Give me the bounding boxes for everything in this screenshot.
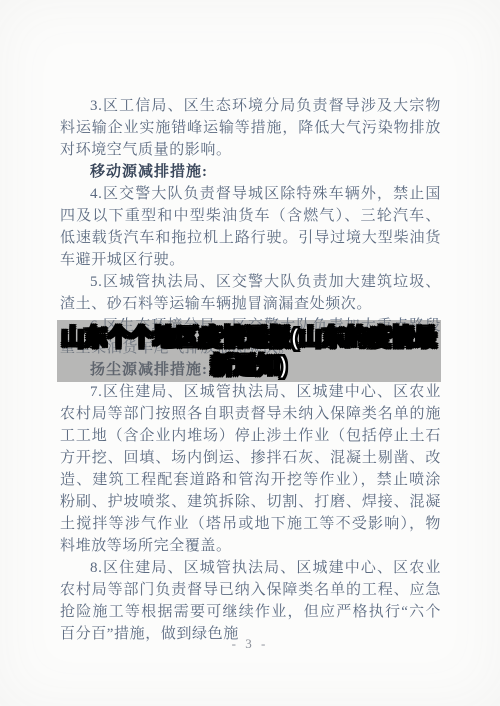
paragraph-item-8: 8.区住建局、区城管执法局、区城建中心、区农业农村局等部门负责督导已纳入保障类名…: [60, 557, 441, 645]
paragraph-item-4: 4.区交警大队负责督导城区除特殊车辆外，禁止国四及以下重型和中型柴油货车（含燃气…: [60, 183, 441, 271]
paragraph-item-3: 3.区工信局、区生态环境分局负责督导涉及大宗物料运输企业实施错峰运输等措施，降低…: [60, 95, 441, 161]
overlay-title: 山东个个地区疫情通报(山东的疫情最 新通知): [57, 323, 441, 379]
overlay-title-line-2: 新通知): [211, 352, 288, 378]
section-heading-mobile-source-measures: 移动源减排措施:: [60, 161, 441, 183]
scanned-document-page: 3.区工信局、区生态环境分局负责督导涉及大宗物料运输企业实施错峰运输等措施，降低…: [0, 0, 500, 706]
overlay-title-line-1: 山东个个地区疫情通报(山东的疫情最: [61, 324, 437, 350]
paragraph-item-5: 5.区城管执法局、区交警大队负责加大建筑垃圾、渣土、砂石料等运输车辆抛冒滴漏查处…: [60, 271, 441, 315]
page-number: - 3 -: [0, 636, 500, 652]
overlay-title-banner: 山东个个地区疫情通报(山东的疫情最 新通知): [57, 320, 441, 382]
paragraph-item-7: 7.区住建局、区城管执法局、区城建中心、区农业农村局等部门按照各自职责督导未纳入…: [60, 381, 441, 557]
